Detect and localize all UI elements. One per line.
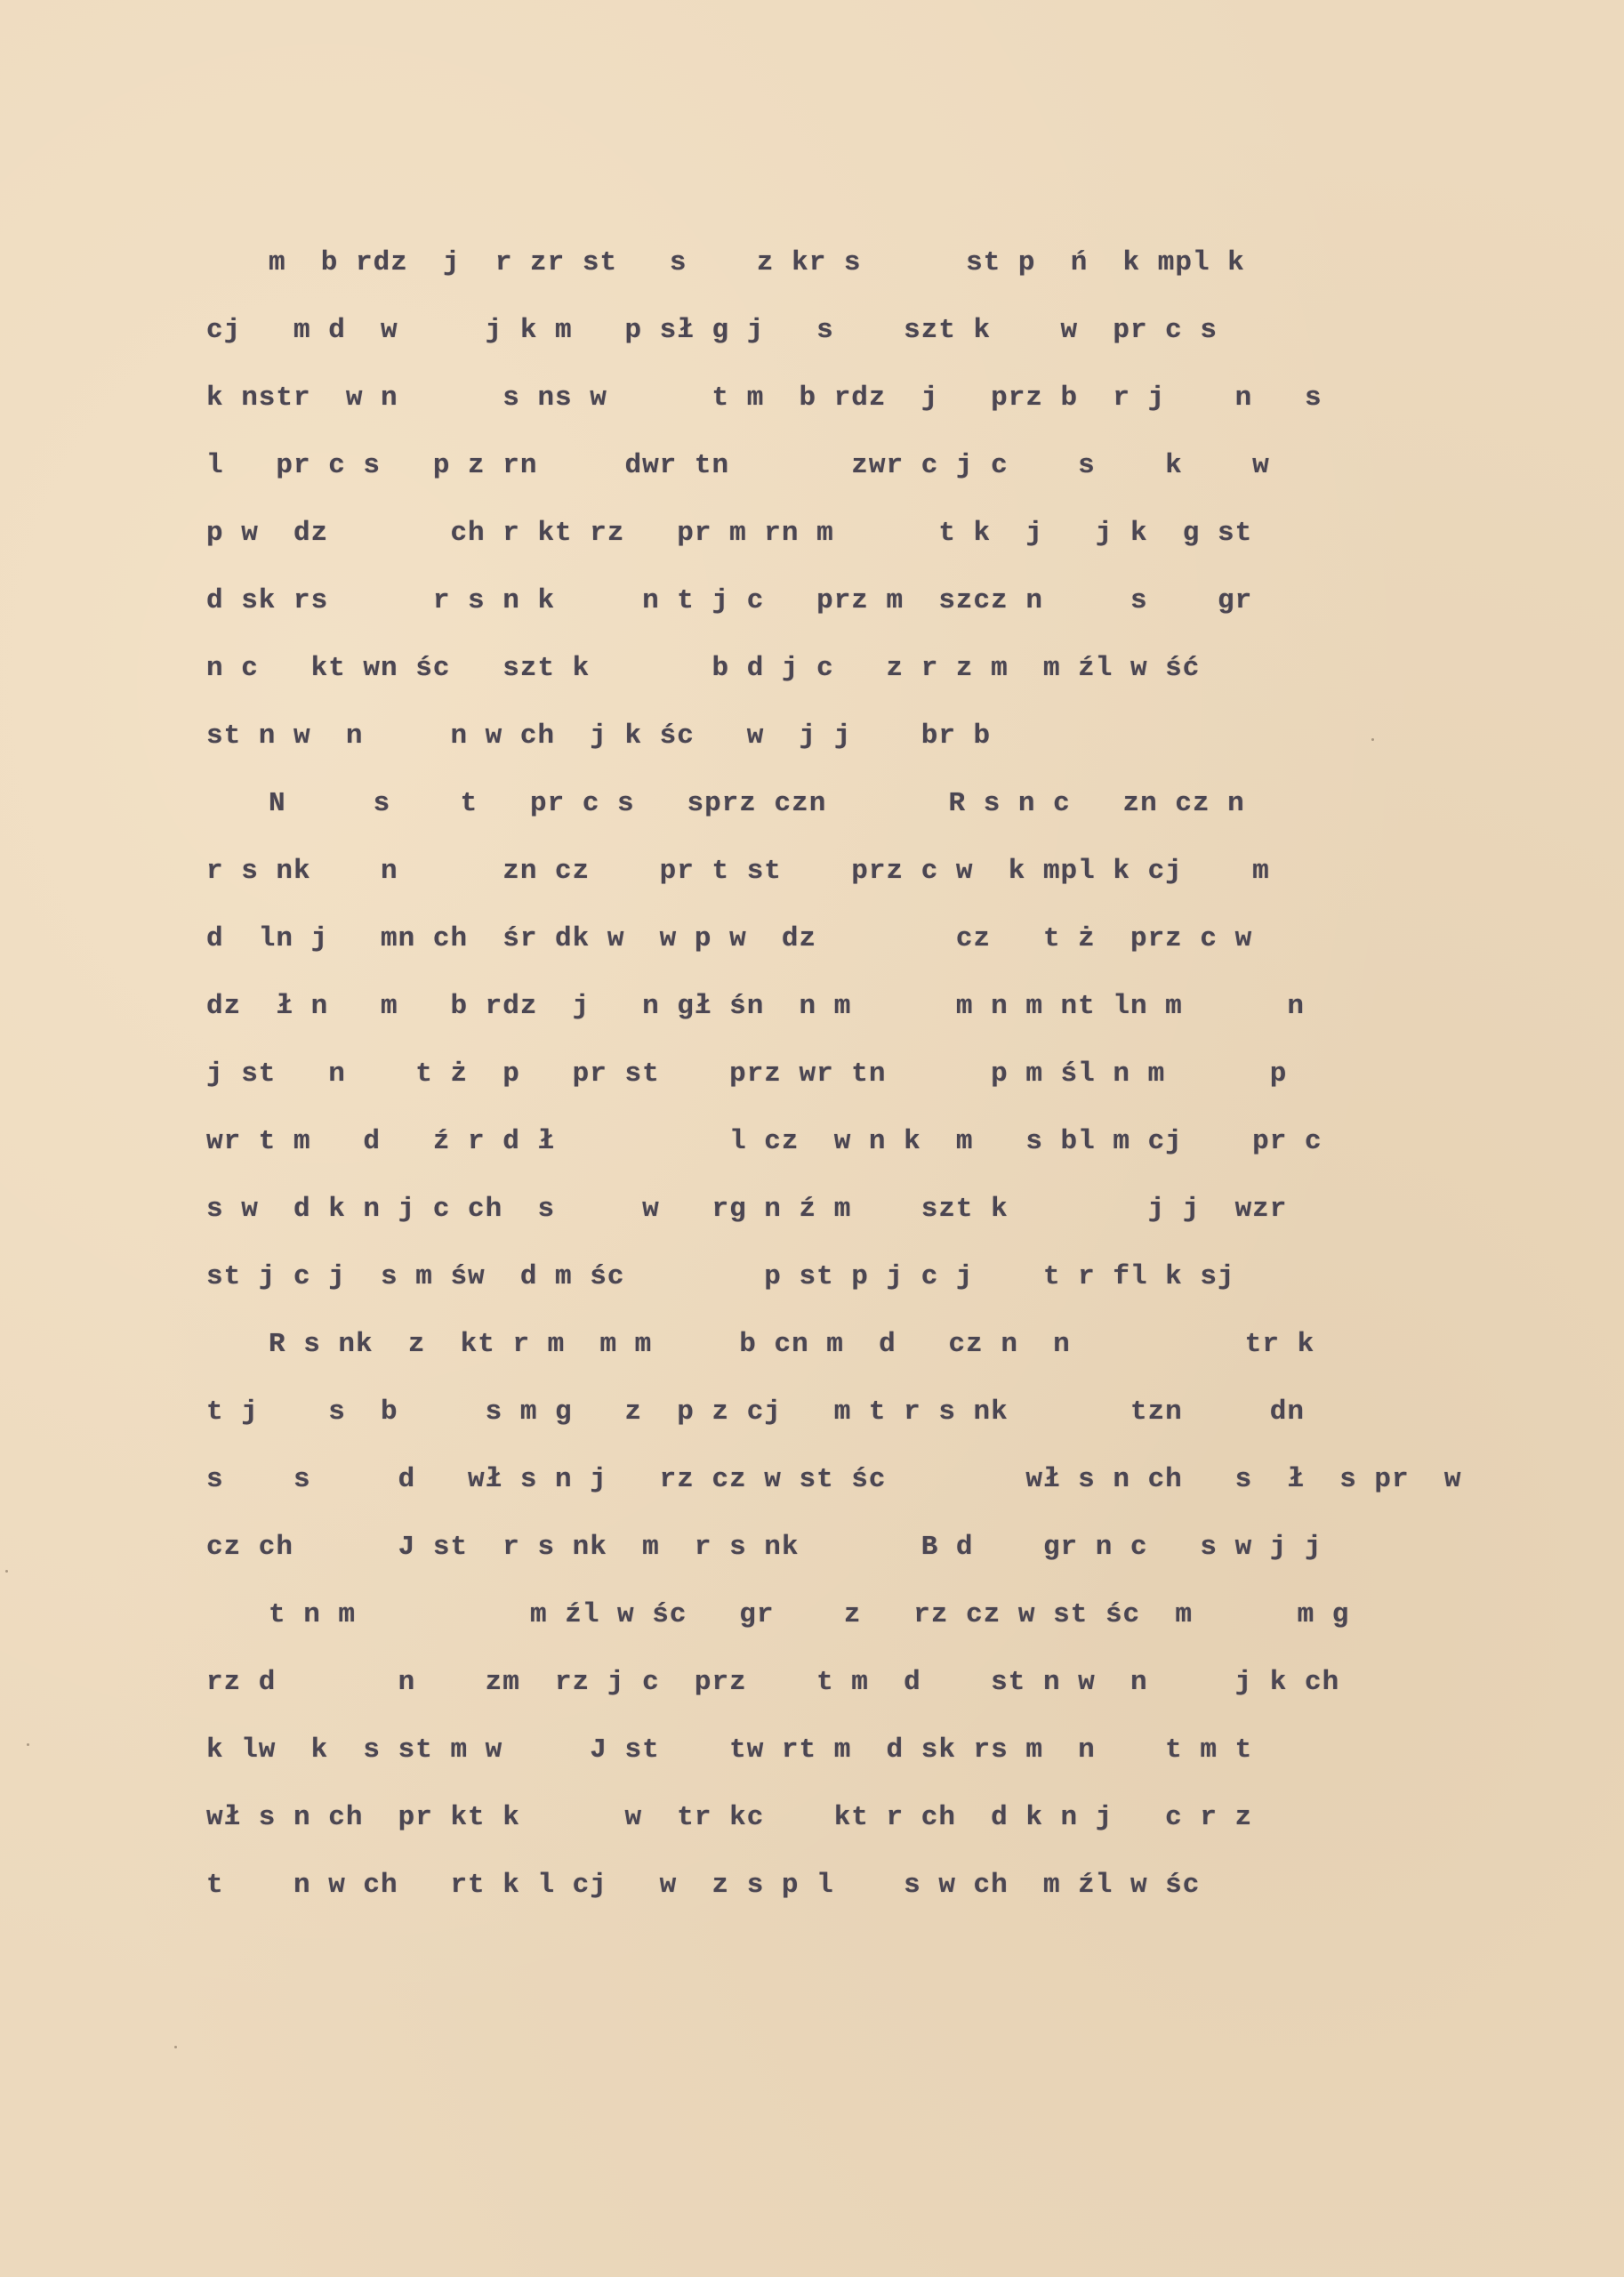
text-line: t j s b s m g z p z cj m t r s nk tzn dn [206,1379,1469,1446]
paper-speck [174,2046,177,2048]
paper-speck [5,1570,8,1573]
text-line: d ln j mn ch śr dk w w p w dz cz t ż prz… [206,905,1469,973]
text-line: N s t pr c s sprz czn R s n c zn cz n [206,770,1469,838]
text-line: n c kt wn śc szt k b d j c z r z m m źl … [206,635,1469,703]
text-line: st j c j s m św d m śc p st p j c j t r … [206,1243,1469,1311]
text-line: cz ch J st r s nk m r s nk B d gr n c s … [206,1514,1469,1581]
text-line: wł s n ch pr kt k w tr kc kt r ch d k n … [206,1784,1469,1852]
text-line: t n w ch rt k l cj w z s p l s w ch m źl… [206,1852,1469,1919]
text-line: p w dz ch r kt rz pr m rn m t k j j k g … [206,500,1469,567]
text-line: dz ł n m b rdz j n gł śn n m m n m nt ln… [206,973,1469,1041]
text-line: l pr c s p z rn dwr tn zwr c j c s k w [206,432,1469,500]
text-line: k lw k s st m w J st tw rt m d sk rs m n… [206,1717,1469,1784]
text-line: s s d wł s n j rz cz w st śc wł s n ch s… [206,1446,1469,1514]
text-line: j st n t ż p pr st prz wr tn p m śl n m … [206,1041,1469,1108]
text-line: R s nk z kt r m m m b cn m d cz n n tr k [206,1311,1469,1379]
typewritten-page: m b rdz j r zr st s z kr s st p ń k mpl … [0,0,1624,2277]
typed-text-body: m b rdz j r zr st s z kr s st p ń k mpl … [206,229,1469,1919]
paper-speck [27,1743,29,1746]
text-line: wr t m d ź r d ł l cz w n k m s bl m cj … [206,1108,1469,1176]
text-line: d sk rs r s n k n t j c prz m szcz n s g… [206,567,1469,635]
text-line: r s nk n zn cz pr t st prz c w k mpl k c… [206,838,1469,905]
text-line: t n m m źl w śc gr z rz cz w st śc m m g [206,1581,1469,1649]
text-line: cj m d w j k m p sł g j s szt k w pr c s [206,297,1469,365]
text-line: m b rdz j r zr st s z kr s st p ń k mpl … [206,229,1469,297]
text-line: st n w n n w ch j k śc w j j br b [206,703,1469,770]
text-line: s w d k n j c ch s w rg n ź m szt k j j … [206,1176,1469,1243]
paper-speck [1371,738,1374,741]
text-line: k nstr w n s ns w t m b rdz j prz b r j … [206,365,1469,432]
text-line: rz d n zm rz j c prz t m d st n w n j k … [206,1649,1469,1717]
